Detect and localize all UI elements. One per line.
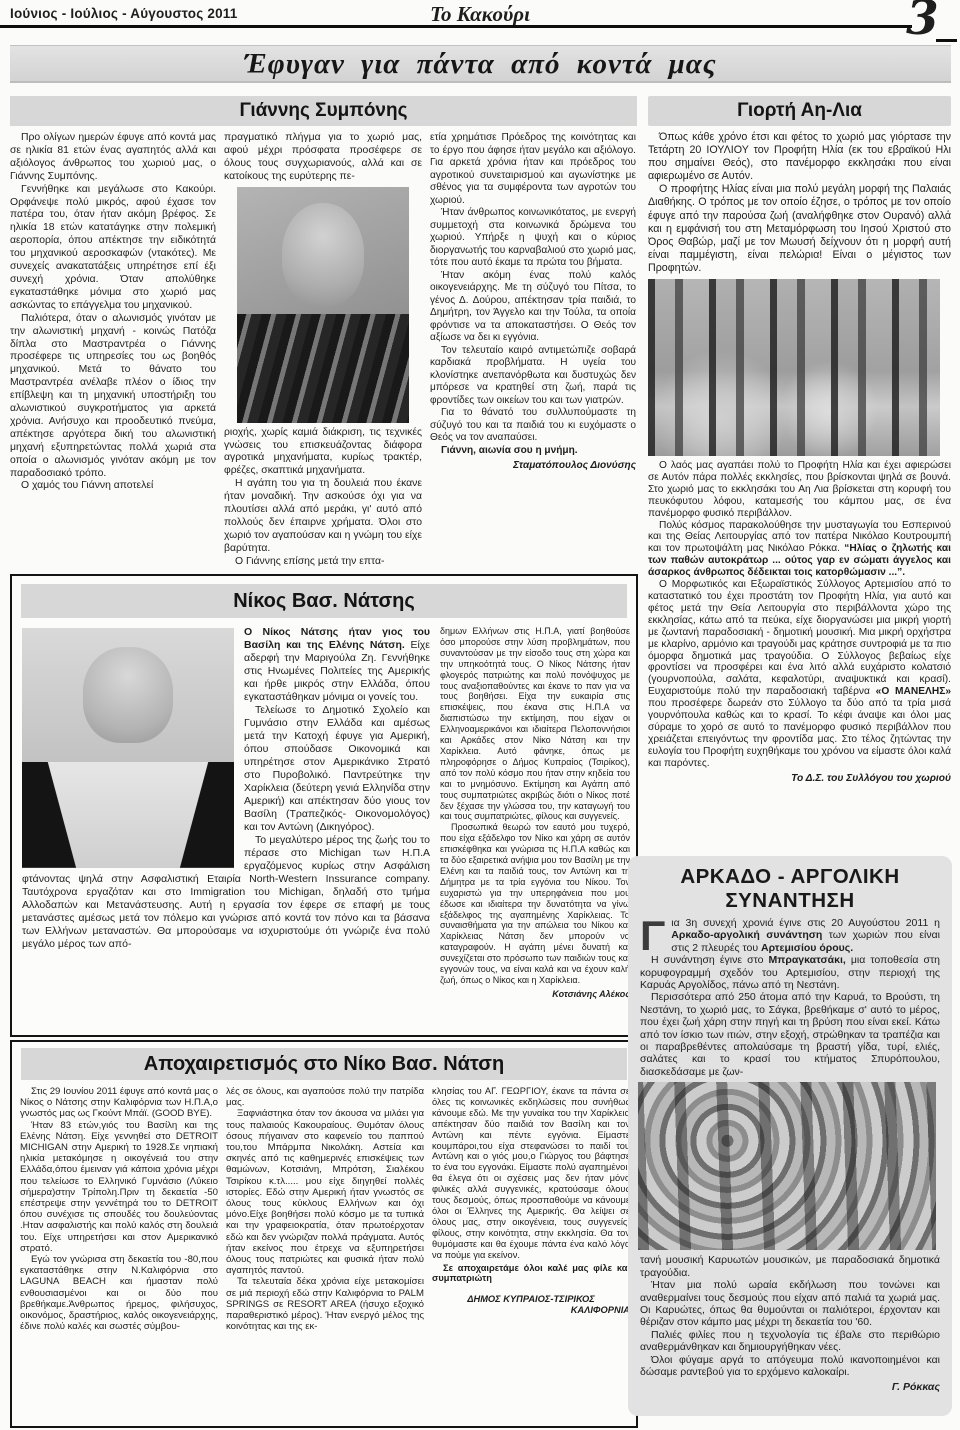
paragraph: Ο Μορφωτικός και Εξωραϊστικός Σύλλογος Α… xyxy=(648,579,951,770)
masthead-rule xyxy=(0,25,912,28)
farewell-closing: Σε αποχαιρετάμε όλοι καλέ μας φίλε και σ… xyxy=(432,1263,630,1285)
paragraph-text: ια 3η συνεχή χρονιά έγινε στις 20 Αυγούσ… xyxy=(671,917,940,929)
memorial-line: Γιάννη, αιωνία σου η μνήμη. xyxy=(430,445,636,458)
paragraph: Για το θάνατό του συλλυπούμαστε τη σύζυγ… xyxy=(430,407,636,445)
paragraph-text: που προσέφερε δωρεάν στο Σύλλογο τα δύο … xyxy=(648,698,951,769)
symponis-column-1: Προ ολίγων ημερών έφυγε από κοντά μας σε… xyxy=(10,132,216,578)
nikos-natsis-photo xyxy=(22,628,234,868)
bowtie-detail xyxy=(115,765,140,782)
farewell-section-title: Αποχαιρετισμός στο Νίκο Βασ. Νάτση xyxy=(21,1048,627,1080)
mountain-name: Αρτεμισίου όρους. xyxy=(761,942,853,954)
paragraph: Τον τελευταίο καιρό αντιμετώπιζε σοβαρά … xyxy=(430,345,636,408)
paragraph: λές σε όλους, και αγαπούσε πολύ την πατρ… xyxy=(226,1086,424,1108)
giorti-article: Όπως κάθε χρόνο έτσι και φέτος το χωριό … xyxy=(648,131,951,854)
paragraph: Πολύς κόσμος παρακολούθησε την μυσταγωγί… xyxy=(648,520,951,580)
main-headline: Έφυγαν για πάντα από κοντά μας xyxy=(10,45,951,83)
paragraph: Ήταν 83 ετών,γιός του Βασίλη και της Ελέ… xyxy=(20,1120,218,1254)
paragraph: κλησίας του ΑΓ. ΓΕΩΡΓΙΟΥ, έκανε τα πάντα… xyxy=(432,1086,630,1261)
meeting-name: Αρκαδο-αργολική συνάντηση xyxy=(671,929,822,941)
paragraph: Ο λαός μας αγαπάει πολύ το Προφήτη Ηλία … xyxy=(648,460,951,520)
newspaper-title: Το Κακούρι xyxy=(0,2,960,27)
paragraph: πραγματικό πλήγμα για το χωριό μας, αφού… xyxy=(224,132,422,184)
ai-lia-feast-photo xyxy=(648,279,940,456)
farewell-column-1: Στις 29 Ιουνίου 2011 έφυγε από κοντά μας… xyxy=(20,1086,218,1420)
farewell-column-3: κλησίας του ΑΓ. ΓΕΩΡΓΙΟΥ, έκανε τα πάντα… xyxy=(432,1086,630,1420)
paragraph: Ο Γιάννης επίσης μετά την επτα- xyxy=(224,556,422,569)
giannis-symponis-photo xyxy=(237,187,409,423)
paragraph: ριοχής, χωρίς καμιά διάκριση, τις τεχνικ… xyxy=(224,427,422,479)
farewell-column-2: λές σε όλους, και αγαπούσε πολύ την πατρ… xyxy=(226,1086,424,1420)
paragraph: Παλιές φιλίες που η τεχνολογία τις έβαλε… xyxy=(640,1329,940,1354)
symponis-column-2: πραγματικό πλήγμα για το χωριό μας, αφού… xyxy=(224,132,422,578)
paragraph: Ο χαμός του Γιάννη αποτελεί xyxy=(10,480,216,493)
paragraph: Περισσότερα από 250 άτομα από την Καρυά,… xyxy=(640,991,940,1078)
paragraph: Ήταν ακόμη ένας πολύ καλός οικογενειάρχη… xyxy=(430,270,636,345)
tavern-name: «Ο ΜΑΝΕΛΗΣ» xyxy=(876,686,951,697)
farewell-signature-name: ΔΗΜΟΣ ΚΥΠΡΑΙΟΣ-ΤΣΙΡΙΚΟΣ xyxy=(432,1294,630,1305)
paragraph: δημων Ελλήνων στις Η.Π.Α, γιατί βοηθούσε… xyxy=(440,626,630,822)
paragraph: Ήταν άνθρωπος κοινωνικότατος, με ενεργή … xyxy=(430,207,636,270)
arkado-article: Για 3η συνεχή χρονιά έγινε στις 20 Αυγού… xyxy=(640,917,940,1394)
paragraph: Η αγάπη του για τη δουλειά που έκανε ήτα… xyxy=(224,478,422,555)
symponis-column-3: ετία χρημάτισε Πρόεδρος της κοινότητας κ… xyxy=(430,132,636,578)
paragraph-text: Ο Μορφωτικός και Εξωραϊστικός Σύλλογος Α… xyxy=(648,579,951,697)
paragraph: Τα τελευταία δέκα χρόνια είχε μετακομίσε… xyxy=(226,1276,424,1332)
natsis-left-column: Ο Νίκος Νάτσης ήταν γιος του Βασίλη και … xyxy=(22,626,430,1028)
paragraph: Όπως κάθε χρόνο έτσι και φέτος το χωριό … xyxy=(648,131,951,183)
paragraph: Στις 29 Ιουνίου 2011 έφυγε από κοντά μας… xyxy=(20,1086,218,1120)
lead-bold: Ο Νίκος Νάτσης ήταν γιος του Βασίλη και … xyxy=(244,626,430,651)
location-name: Μπραγκατσάκι, xyxy=(769,954,846,966)
farewell-signature-place: ΚΑΛΙΦΟΡΝΙΑ xyxy=(432,1305,630,1316)
paragraph: ετία χρημάτισε Πρόεδρος της κοινότητας κ… xyxy=(430,132,636,207)
arkado-section-title: ΑΡΚΑΔΟ - ΑΡΓΟΛΙΚΗ ΣΥΝΑΝΤΗΣΗ xyxy=(634,865,946,913)
paragraph: Η συνάντηση έγινε στο Μπραγκατσάκι, μια … xyxy=(640,954,940,991)
page-number-underline xyxy=(936,39,957,42)
paragraph: Για 3η συνεχή χρονιά έγινε στις 20 Αυγού… xyxy=(640,917,940,954)
paragraph: Γεννήθηκε και μεγάλωσε στο Κακούρι. Ορφά… xyxy=(10,184,216,313)
dropcap: Γ xyxy=(640,919,665,953)
paragraph: Ήταν μια πολύ ωραία εκδήλωση που τονώνει… xyxy=(640,1279,940,1329)
paragraph: Ξαφνιάστηκα όταν τον άκουσα να μιλάει γι… xyxy=(226,1108,424,1276)
symponis-signature: Σταματόπουλος Διονύσης xyxy=(430,460,636,473)
paragraph: Παλιότερα, όταν ο αλωνισμός γινόταν με τ… xyxy=(10,313,216,481)
paragraph: Όλοι φύγαμε αργά το απόγευμα πολύ ικανοπ… xyxy=(640,1354,940,1379)
symponis-section-title: Γιάννης Συμπόνης xyxy=(10,96,637,126)
paragraph: Ο προφήτης Ηλίας είναι μια πολύ μεγάλη μ… xyxy=(648,183,951,275)
natsis-right-column: δημων Ελλήνων στις Η.Π.Α, γιατί βοηθούσε… xyxy=(440,626,630,1028)
arkado-signature: Γ. Ρόκκας xyxy=(640,1381,940,1393)
natsis-signature: Κοτσιάνης Αλέκος xyxy=(440,989,630,1000)
giorti-section-title: Γιορτή Αη-Λια xyxy=(648,96,951,126)
natsis-section-title: Νίκος Βασ. Νάτσης xyxy=(21,584,627,618)
paragraph: τανή μουσική Καρυωτών μουσικών, με παραδ… xyxy=(640,1254,940,1279)
natsis-article-box: Νίκος Βασ. Νάτσης Ο Νίκος Νάτσης ήταν γι… xyxy=(10,574,638,1037)
paragraph: Προ ολίγων ημερών έφυγε από κοντά μας σε… xyxy=(10,132,216,184)
arkado-meeting-photo xyxy=(638,1082,936,1250)
paragraph-text: Η συνάντηση έγινε στο xyxy=(651,954,769,966)
giorti-signature: Το Δ.Σ. του Συλλόγου του χωριού xyxy=(648,773,951,785)
paragraph: Προσωπικά θεωρώ τον εαυτό μου τυχερό, πο… xyxy=(440,822,630,986)
page-number: 3 xyxy=(906,0,939,44)
farewell-article-box: Αποχαιρετισμός στο Νίκο Βασ. Νάτση Στις … xyxy=(10,1040,638,1428)
paragraph: Εγώ τον γνώρισα στη δεκαετία του -80,που… xyxy=(20,1254,218,1332)
arkado-article-box: ΑΡΚΑΔΟ - ΑΡΓΟΛΙΚΗ ΣΥΝΑΝΤΗΣΗ Για 3η συνεχ… xyxy=(628,856,952,1416)
